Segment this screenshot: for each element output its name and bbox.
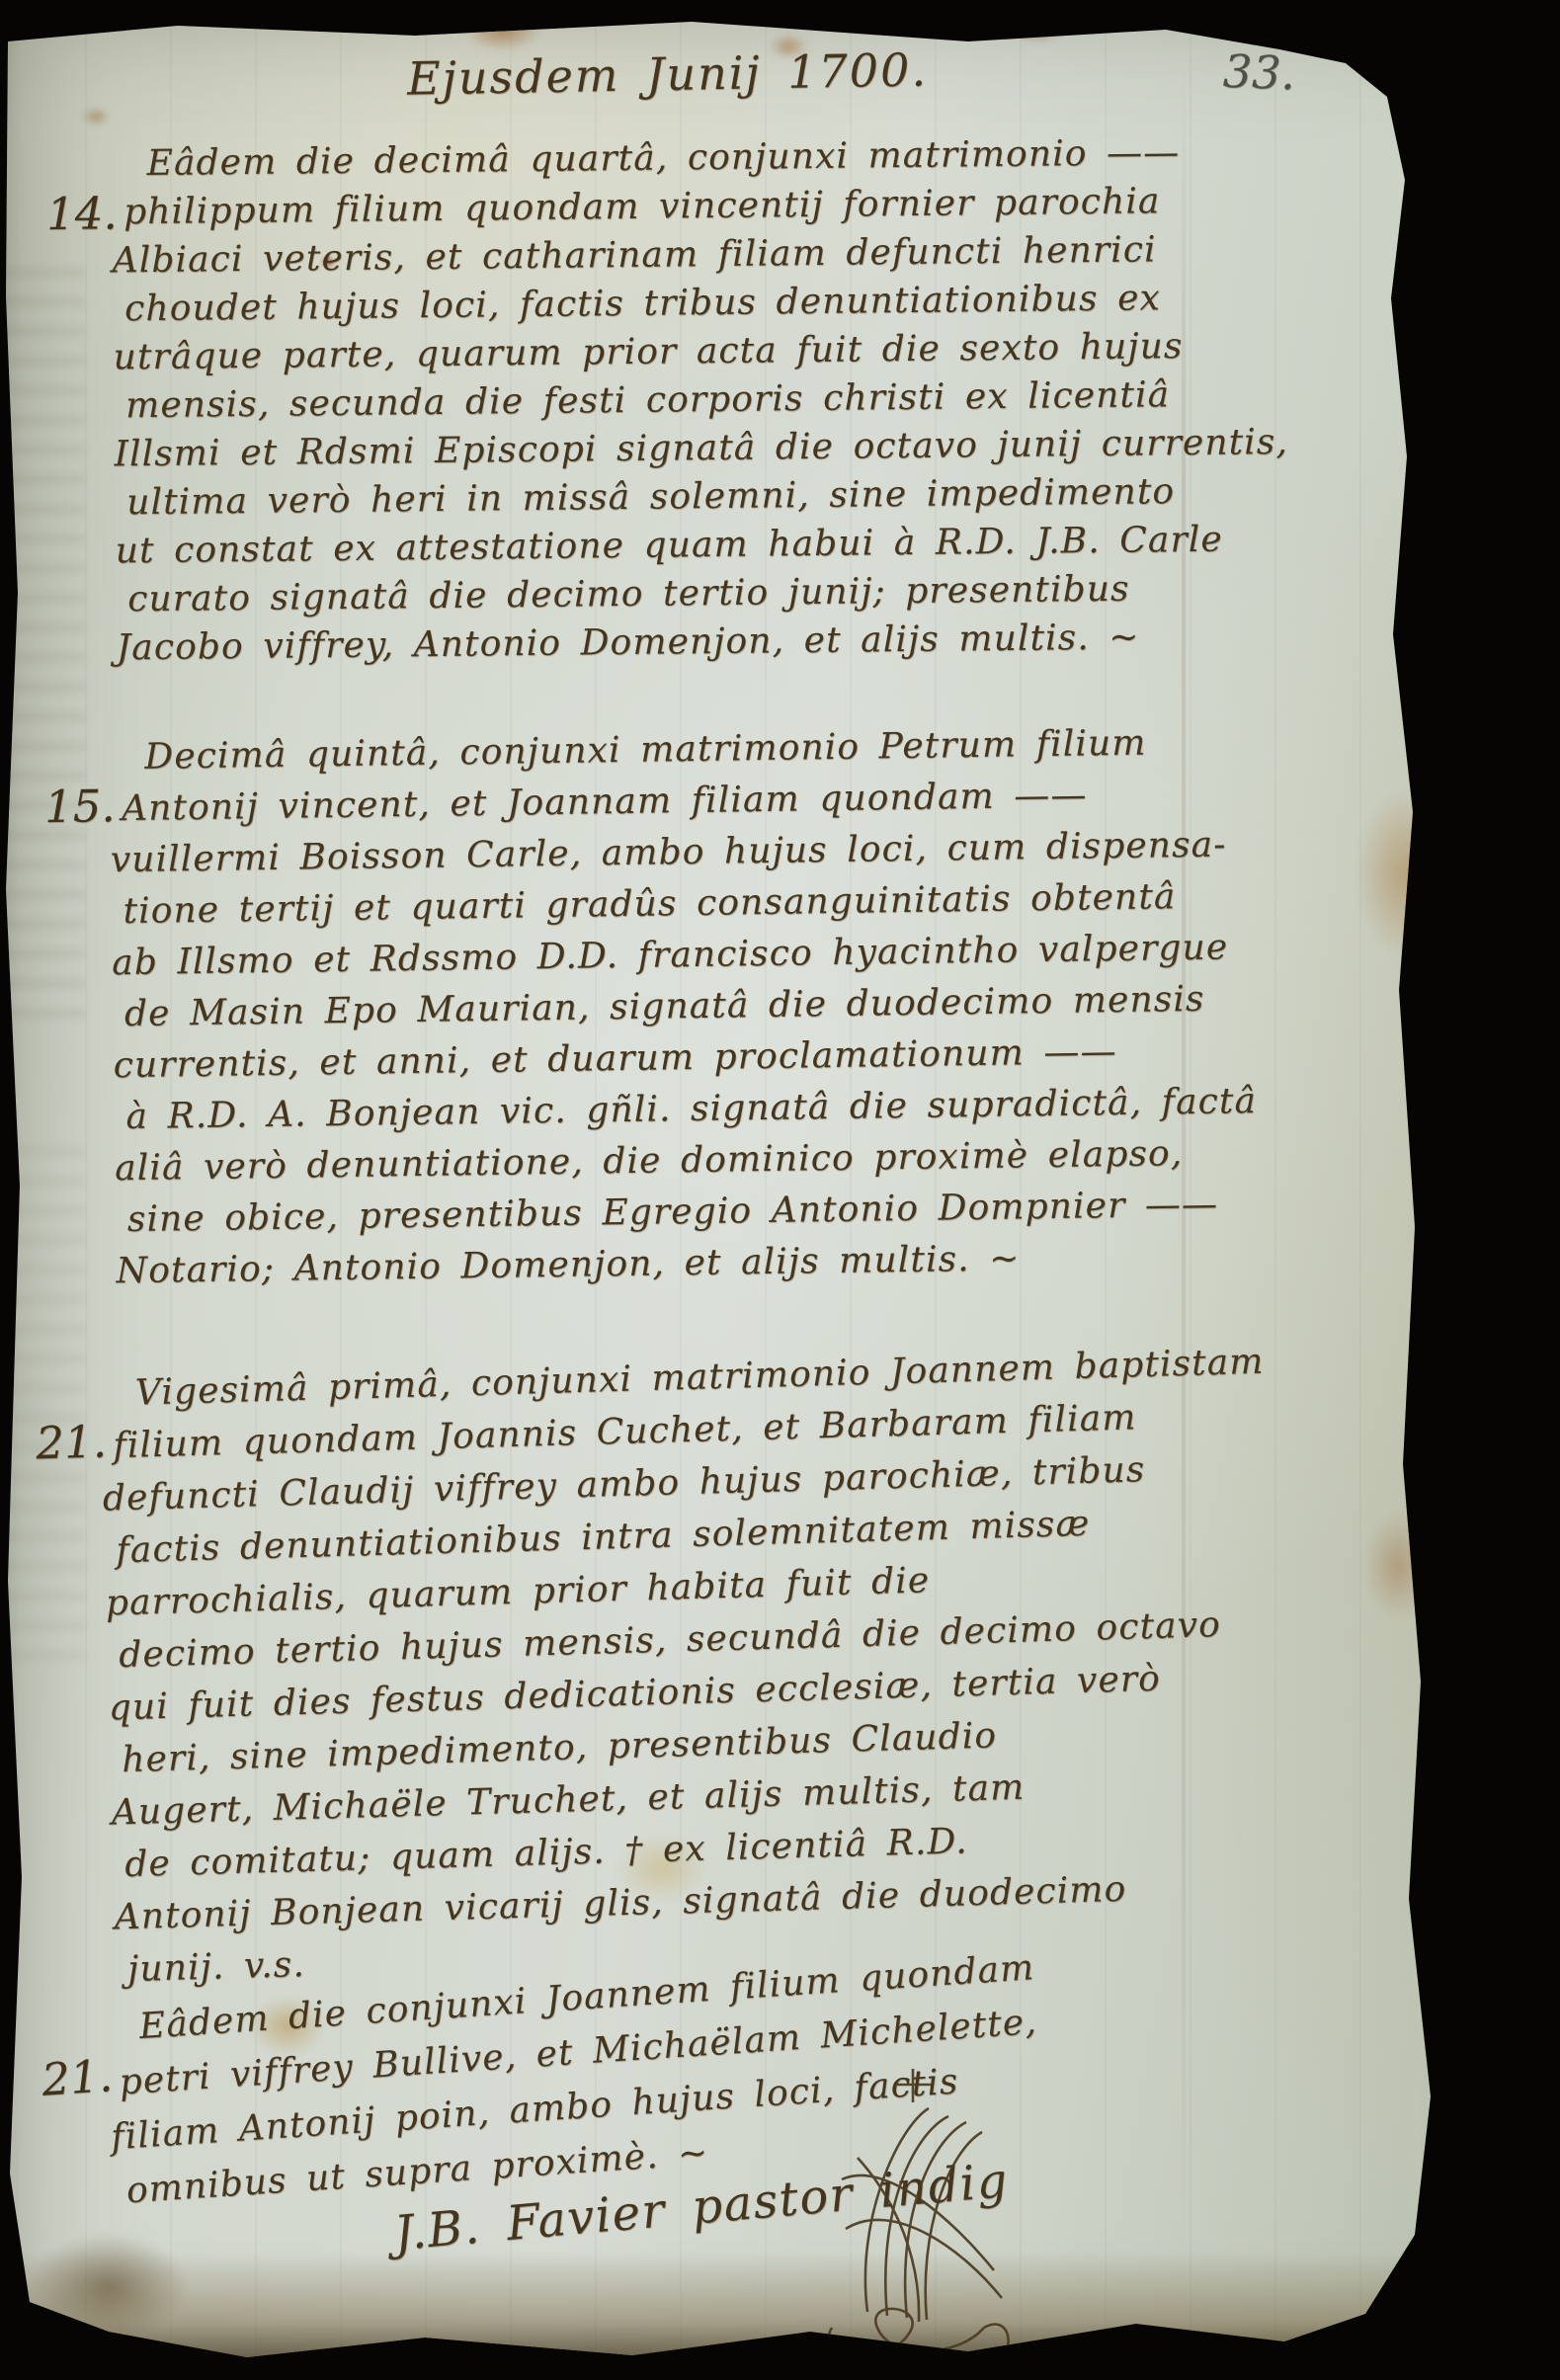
page-number: 33. — [1222, 44, 1296, 101]
entry-number: 14. — [46, 187, 118, 240]
marriage-record-entry: 14.Eâdem die decimâ quartâ, conjunxi mat… — [0, 124, 1560, 674]
entry-text: Eâdem die decimâ quartâ, conjunxi matrim… — [111, 125, 1491, 673]
foxing-stain — [464, 8, 541, 51]
entry-text: Decimâ quintâ, conjunxi matrimonio Petru… — [109, 713, 1491, 1297]
page-heading: Ejusdem Junij 1700. — [407, 42, 929, 105]
entry-number: 21. — [41, 2049, 115, 2106]
bottom-edge-grime — [0, 2252, 1560, 2380]
manuscript-page: Ejusdem Junij 1700. 33. 14.Eâdem die dec… — [0, 0, 1560, 2380]
foxing-stain — [81, 107, 111, 126]
entry-number: 21. — [36, 1415, 108, 1469]
marriage-record-entry: 21.Vigesimâ primâ, conjunxi matrimonio J… — [0, 1328, 1559, 2000]
entry-text: Vigesimâ primâ, conjunxi matrimonio Joan… — [99, 1330, 1490, 1997]
signature-flourish-icon — [802, 2063, 1029, 2369]
document-scan: Ejusdem Junij 1700. 33. 14.Eâdem die dec… — [0, 0, 1560, 2380]
marriage-record-entry: 15.Decimâ quintâ, conjunxi matrimonio Pe… — [0, 712, 1560, 1299]
foxing-stain — [1010, 10, 1065, 43]
entry-number: 15. — [44, 780, 116, 833]
